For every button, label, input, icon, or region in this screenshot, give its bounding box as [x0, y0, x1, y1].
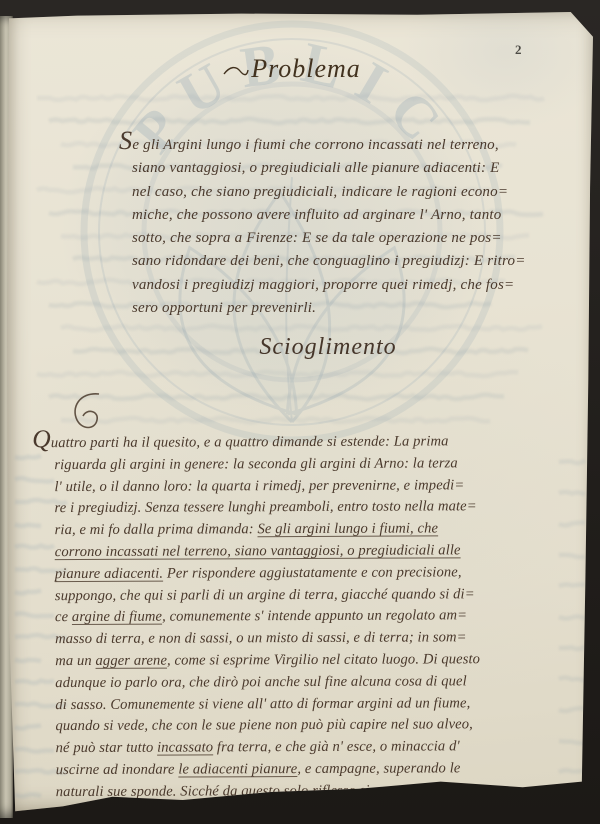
manuscript-line: suppongo, che qui si parli di un argine … — [33, 583, 578, 607]
title-text: Problema — [251, 54, 361, 83]
solution-paragraph: Quattro parti ha il quesito, e a quattro… — [32, 428, 579, 804]
manuscript-line: Quattro parti ha il quesito, e a quattro… — [32, 428, 577, 455]
manuscript-line: l' utile, o il danno loro: la quarta i r… — [32, 474, 577, 498]
manuscript-line: re i pregiudizj. Senza tessere lunghi pr… — [32, 496, 577, 520]
manuscript-line: vandosi i pregiudizj maggiori, proporre … — [119, 274, 579, 297]
problem-statement-paragraph: Se gli Argini lungo i fiumi che corrono … — [119, 132, 579, 320]
manuscript-line: nel caso, che siano pregiudiciali, indic… — [119, 181, 579, 204]
manuscript-line: sero opportuni per prevenirli. — [119, 297, 579, 320]
manuscript-title: Problema — [0, 54, 585, 84]
manuscript-line: Se gli Argini lungo i fiumi che corrono … — [119, 132, 579, 157]
manuscript-scan: PUBLIC 2 Problema Se gli Argini lungo i … — [0, 0, 600, 824]
manuscript-line: miche, che possono avere influito ad arg… — [119, 204, 579, 227]
manuscript-line: corrono incassati nel terreno, siano van… — [33, 540, 578, 564]
manuscript-line: quando si vede, che con le sue piene non… — [33, 714, 578, 738]
manuscript-line: pianure adiacenti. Per rispondere aggius… — [33, 562, 578, 586]
manuscript-line: riguarda gli argini in genere: la second… — [32, 453, 577, 477]
manuscript-line: naturali sue sponde. Sicché da questo so… — [34, 780, 579, 804]
section-heading: Scioglimento — [35, 334, 600, 361]
manuscript-line: adunque io parlo ora, che dirò poi anche… — [33, 671, 578, 695]
manuscript-line: di sasso. Comunemente si viene all' atto… — [33, 692, 578, 716]
manuscript-line: ce argine di fiume, comunemente s' inten… — [33, 605, 578, 629]
manuscript-line: sano ridondare dei beni, che conguaglino… — [119, 250, 579, 273]
manuscript-page: PUBLIC 2 Problema Se gli Argini lungo i … — [7, 12, 593, 812]
manuscript-line: ria, e mi fo dalla prima dimanda: Se gli… — [33, 518, 578, 542]
manuscript-line: ma un agger arene, come si esprime Virgi… — [33, 649, 578, 673]
manuscript-line: masso di terra, e non di sassi, o un mis… — [33, 627, 578, 651]
manuscript-line: uscirne ad inondare le adiacenti pianure… — [34, 758, 579, 782]
title-flourish — [223, 65, 249, 77]
manuscript-line: né può star tutto incassato fra terra, e… — [34, 736, 579, 760]
manuscript-line: siano vantaggiosi, o pregiudiciali alle … — [119, 157, 579, 180]
manuscript-line: sotto, che sopra a Firenze: E se da tale… — [119, 227, 579, 250]
